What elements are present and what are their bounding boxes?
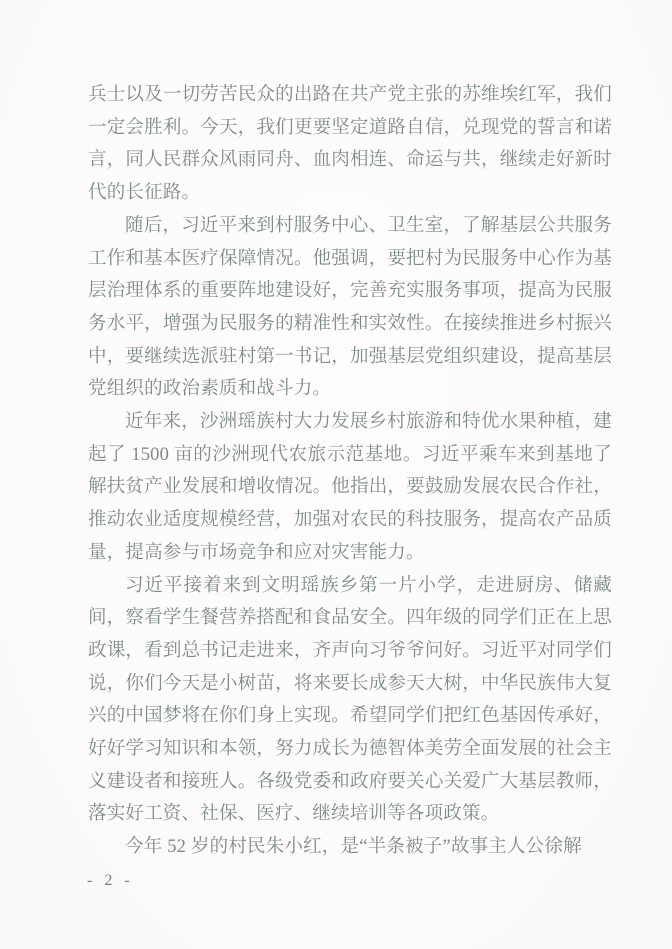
paragraph: 兵士以及一切劳苦民众的出路在共产党主张的苏维埃红军，我们一定会胜利。今天，我们更… [88,79,612,210]
paragraph: 今年 52 岁的村民朱小红，是“半条被子”故事主人公徐解 [88,831,612,864]
paragraph: 随后，习近平来到村服务中心、卫生室，了解基层公共服务工作和基本医疗保障情况。他强… [88,210,612,406]
paragraph: 习近平接着来到文明瑶族乡第一片小学，走进厨房、储藏间，察看学生餐营养搭配和食品安… [88,570,612,832]
document-page: { "document": { "page_number": "- 2 -", … [0,0,672,949]
paragraph: 近年来，沙洲瑶族村大力发展乡村旅游和特优水果种植，建起了 1500 亩的沙洲现代… [88,406,612,570]
page-number: - 2 - [87,872,134,890]
document-text-block: 兵士以及一切劳苦民众的出路在共产党主张的苏维埃红军，我们一定会胜利。今天，我们更… [88,79,612,864]
